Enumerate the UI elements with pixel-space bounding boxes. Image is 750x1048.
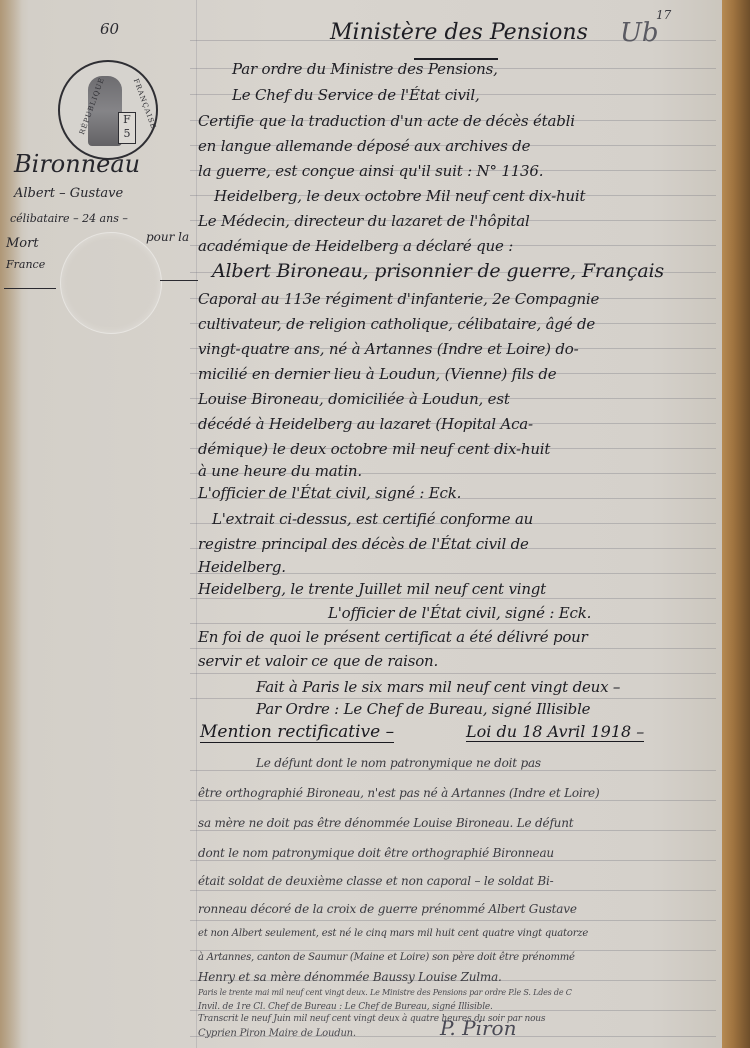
ruled-line <box>190 770 716 771</box>
body-line: décédé à Heidelberg au lazaret (Hopital … <box>198 415 533 433</box>
rectification-line: Henry et sa mère dénommée Baussy Louise … <box>198 970 502 984</box>
margin-status: célibataire – 24 ans – <box>10 212 128 225</box>
rectification-line: être orthographié Bironeau, n'est pas né… <box>198 786 599 800</box>
body-line: L'officier de l'État civil, signé : Eck. <box>328 604 591 622</box>
stamp-value-top: F <box>119 113 135 127</box>
body-line: L'officier de l'État civil, signé : Eck. <box>198 484 461 502</box>
body-line: vingt-quatre ans, né à Artannes (Indre e… <box>198 340 578 358</box>
body-line: à une heure du matin. <box>198 462 362 480</box>
body-line: Le Médecin, directeur du lazaret de l'hô… <box>198 212 530 230</box>
margin-mort: Mort <box>6 236 39 251</box>
margin-underline <box>4 288 56 289</box>
body-line: en langue allemande déposé aux archives … <box>198 137 530 155</box>
ruled-line <box>190 648 716 649</box>
ruled-line <box>190 890 716 891</box>
deceased-name-line: Albert Bironeau, prisonnier de guerre, F… <box>212 260 664 282</box>
footer-line: Invil. de 1re Cl. Chef de Bureau : Le Ch… <box>198 1002 493 1012</box>
republique-francaise-stamp: RÉPUBLIQUE FRANÇAISE F 5 <box>58 60 158 160</box>
rectification-line: et non Albert seulement, est né le cinq … <box>198 928 588 939</box>
body-line: Heidelberg, le deux octobre Mil neuf cen… <box>214 187 585 205</box>
document-page: 60 Ministère des Pensions Ub 17 RÉPUBLIQ… <box>0 0 724 1048</box>
body-line: Caporal au 113e régiment d'infanterie, 2… <box>198 290 599 308</box>
body-line: Certifie que la traduction d'un acte de … <box>198 112 575 130</box>
par-ordre-line: Par Ordre : Le Chef de Bureau, signé Ill… <box>256 700 590 718</box>
rectification-line: était soldat de deuxième classe et non c… <box>198 874 553 888</box>
body-line: En foi de quoi le présent certificat a é… <box>198 628 588 646</box>
ruled-line <box>190 950 716 951</box>
ruled-line <box>190 698 716 699</box>
ruled-line <box>190 830 716 831</box>
stamp-value-bottom: 5 <box>119 127 135 141</box>
ruled-line <box>190 860 716 861</box>
rectification-line: sa mère ne doit pas être dénommée Louise… <box>198 816 573 830</box>
book-binding-edge <box>722 0 750 1048</box>
body-line: cultivateur, de religion catholique, cél… <box>198 315 595 333</box>
footer-line: Paris le trente mai mil neuf cent vingt … <box>198 988 572 997</box>
body-line: Par ordre du Ministre des Pensions, <box>232 60 498 78</box>
rectification-line: à Artannes, canton de Saumur (Maine et L… <box>198 952 575 963</box>
page-title: Ministère des Pensions <box>330 20 588 45</box>
ruled-line <box>190 920 716 921</box>
rectification-line: dont le nom patronymique doit être ortho… <box>198 846 554 860</box>
mayor-signature: P. Piron <box>440 1016 516 1040</box>
page-number: 60 <box>100 20 119 38</box>
footer-line: Cyprien Piron Maire de Loudun. <box>198 1028 356 1039</box>
body-line: micilié en dernier lieu à Loudun, (Vienn… <box>198 365 556 383</box>
body-line: académique de Heidelberg a déclaré que : <box>198 237 513 255</box>
body-line: registre principal des décès de l'État c… <box>198 535 529 553</box>
ruled-line <box>190 623 716 624</box>
body-line: L'extrait ci-dessus, est certifié confor… <box>212 510 533 528</box>
issued-date-line: Fait à Paris le six mars mil neuf cent v… <box>256 678 620 696</box>
embossed-seal <box>60 232 162 334</box>
margin-pour-la: pour la <box>146 230 189 244</box>
ruled-line <box>190 598 716 599</box>
stamp-value-box: F 5 <box>118 112 136 144</box>
margin-given-names: Albert – Gustave <box>14 186 123 201</box>
body-line: Louise Bironeau, domiciliée à Loudun, es… <box>198 390 510 408</box>
mention-rectificative-heading: Mention rectificative – <box>200 722 394 743</box>
body-line: Heidelberg. <box>198 558 286 576</box>
body-line: démique) le deux octobre mil neuf cent d… <box>198 440 550 458</box>
margin-surname: Bironneau <box>14 150 140 178</box>
margin-underline <box>160 280 198 281</box>
loi-heading: Loi du 18 Avril 1918 – <box>466 722 644 742</box>
body-line: servir et valoir ce que de raison. <box>198 652 438 670</box>
body-line: Heidelberg, le trente Juillet mil neuf c… <box>198 580 546 598</box>
rectification-line: Le défunt dont le nom patronymique ne do… <box>256 756 541 770</box>
ruled-line <box>190 800 716 801</box>
rectification-line: ronneau décoré de la croix de guerre pré… <box>198 902 577 916</box>
corner-number: 17 <box>656 8 671 22</box>
margin-france: France <box>6 258 45 271</box>
body-line: la guerre, est conçue ainsi qu'il suit :… <box>198 162 543 180</box>
ruled-line <box>190 673 716 674</box>
body-line: Le Chef du Service de l'État civil, <box>232 86 480 104</box>
corner-annotation: Ub <box>620 18 659 48</box>
